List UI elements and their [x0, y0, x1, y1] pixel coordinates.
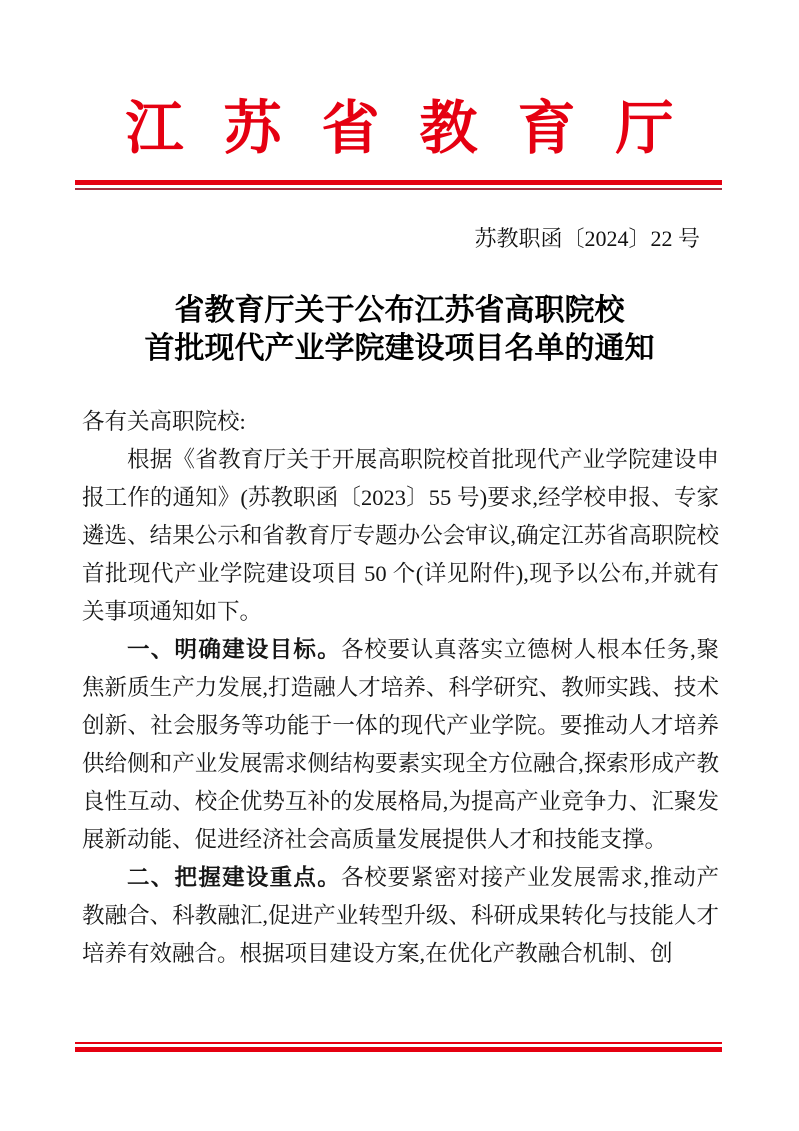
paragraph: 一、明确建设目标。各校要认真落实立德树人根本任务,聚焦新质生产力发展,打造融人才… — [82, 631, 719, 859]
paragraph-lead: 二、把握建设重点。 — [127, 865, 341, 890]
salutation: 各有关高职院校: — [82, 403, 719, 441]
document-body: 各有关高职院校: 根据《省教育厅关于开展高职院校首批现代产业学院建设申报工作的通… — [82, 403, 719, 973]
paragraph-lead: 一、明确建设目标。 — [127, 637, 341, 662]
title-line-2: 首批现代产业学院建设项目名单的通知 — [0, 330, 799, 368]
paragraph: 二、把握建设重点。各校要紧密对接产业发展需求,推动产教融合、科教融汇,促进产业转… — [82, 859, 719, 973]
document-page: 江苏省教育厅 苏教职函〔2024〕22 号 省教育厅关于公布江苏省高职院校 首批… — [0, 0, 799, 1131]
document-title: 省教育厅关于公布江苏省高职院校 首批现代产业学院建设项目名单的通知 — [0, 292, 799, 368]
paragraph: 根据《省教育厅关于开展高职院校首批现代产业学院建设申报工作的通知》(苏教职函〔2… — [82, 441, 719, 631]
title-line-1: 省教育厅关于公布江苏省高职院校 — [0, 292, 799, 330]
footer-divider-thick-line — [75, 1047, 722, 1052]
doc-number: 苏教职函〔2024〕22 号 — [474, 224, 700, 254]
paragraph-text: 根据《省教育厅关于开展高职院校首批现代产业学院建设申报工作的通知》(苏教职函〔2… — [82, 447, 719, 624]
header-divider-thin-line — [75, 188, 722, 190]
header-divider — [75, 180, 722, 190]
footer-divider — [75, 1042, 722, 1052]
agency-name: 江苏省教育厅 — [0, 92, 799, 166]
paragraph-text: 各校要认真落实立德树人根本任务,聚焦新质生产力发展,打造融人才培养、科学研究、教… — [82, 637, 719, 852]
